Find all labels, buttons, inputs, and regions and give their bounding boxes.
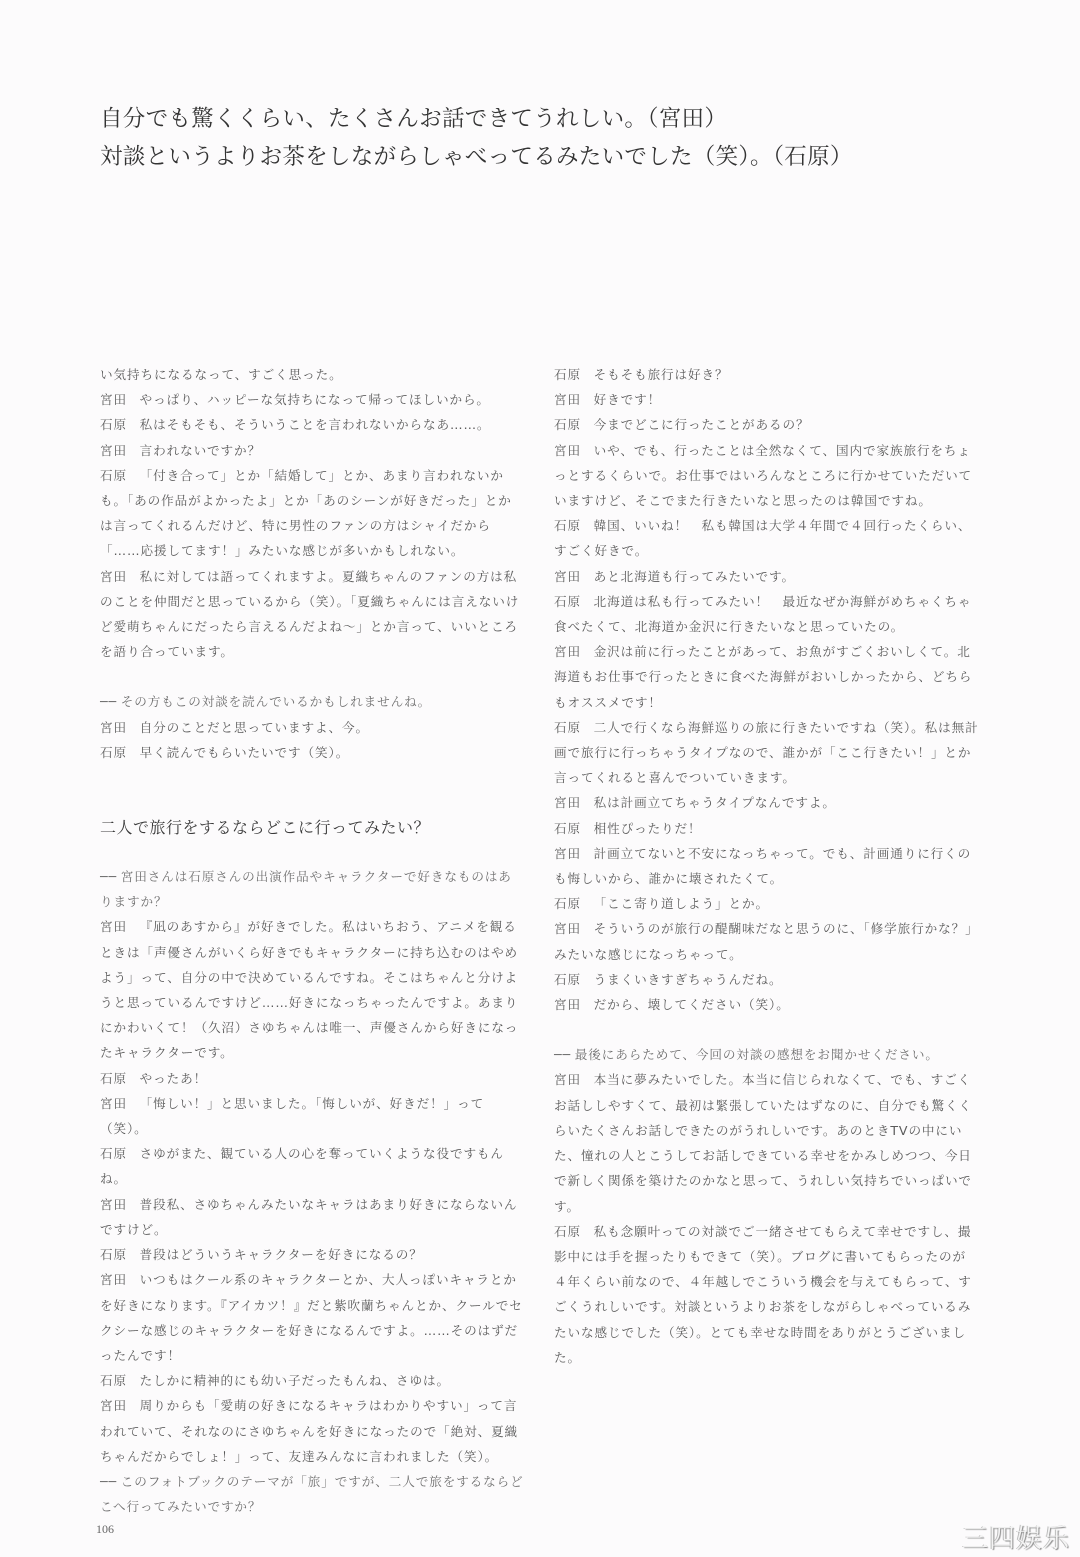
- speaker-name: 石原: [100, 1373, 127, 1388]
- dialogue-text: 計画立てないと不安になっちゃって。でも、計画通りに行くのも悔しいから、誰かに壊さ…: [554, 846, 971, 886]
- speaker-name: ──: [100, 869, 117, 884]
- dialogue-line: 石原二人で行くなら海鮮巡りの旅に行きたいですね（笑）。私は無計画で旅行に行っちゃ…: [554, 715, 979, 791]
- speaker-name: 石原: [554, 720, 581, 735]
- speaker-name: 石原: [100, 468, 127, 483]
- speaker-name: 宮田: [554, 997, 581, 1012]
- dialogue-text: 金沢は前に行ったことがあって、お魚がすごくおいしくて。北海道もお仕事で行ったとき…: [554, 644, 972, 709]
- dialogue-line: 石原「ここ寄り道しよう」とか。: [554, 891, 979, 916]
- speaker-name: 宮田: [100, 1096, 127, 1111]
- speaker-name: 宮田: [554, 795, 581, 810]
- speaker-name: 宮田: [100, 1398, 127, 1413]
- speaker-name: 宮田: [100, 720, 127, 735]
- right-column: 石原そもそも旅行は好き？宮田好きです！石原今までどこに行ったことがあるの？宮田い…: [554, 362, 979, 1370]
- dialogue-line: 宮田自分のことだと思っていますよ、今。: [100, 715, 525, 740]
- dialogue-line: 石原相性ぴったりだ！: [554, 816, 979, 841]
- speaker-name: 宮田: [554, 846, 581, 861]
- dialogue-text: 相性ぴったりだ！: [594, 821, 702, 836]
- speaker-name: 石原: [554, 518, 581, 533]
- dialogue-line: 宮田あと北海道も行ってみたいです。: [554, 564, 979, 589]
- dialogue-text: い気持ちになるなって、すごく思った。: [100, 367, 343, 382]
- speaker-name: 宮田: [554, 443, 581, 458]
- speaker-name: 石原: [554, 594, 581, 609]
- dialogue-line: 宮田いつもはクール系のキャラクターとか、大人っぽいキャラとかを好きになります。『…: [100, 1267, 525, 1368]
- dialogue-text: 好きです！: [594, 392, 661, 407]
- dialogue-text: 北海道は私も行ってみたい！ 最近なぜか海鮮がめちゃくちゃ食べたくて、北海道か金沢…: [554, 594, 971, 634]
- speaker-name: 石原: [100, 1247, 127, 1262]
- section-title: 二人で旅行をするならどこに行ってみたい？: [100, 815, 525, 840]
- left-blocks-before: い気持ちになるなって、すごく思った。宮田やっぱり、ハッピーな気持ちになって帰って…: [100, 362, 525, 664]
- dialogue-text: 「ここ寄り道しよう」とか。: [594, 896, 769, 911]
- speaker-name: 宮田: [100, 569, 127, 584]
- dialogue-text: 早く読んでもらいたいです（笑）。: [140, 745, 350, 760]
- dialogue-line: 宮田私は計画立てちゃうタイプなんですよ。: [554, 790, 979, 815]
- speaker-name: 石原: [100, 745, 127, 760]
- dialogue-line: 石原「付き合って」とか「結婚して」とか、あまり言われないかも。「あの作品がよかっ…: [100, 463, 525, 564]
- left-blocks-mid: ──その方もこの対談を読んでいるかもしれませんね。宮田自分のことだと思っています…: [100, 689, 525, 765]
- dialogue-text: 「悔しい！」と思いました。「悔しいが、好きだ！」って（笑）。: [100, 1096, 484, 1136]
- headline-line-2: 対談というよりお茶をしながらしゃべってるみたいでした（笑）。（石原）: [100, 138, 960, 176]
- dialogue-text: 二人で行くなら海鮮巡りの旅に行きたいですね（笑）。私は無計画で旅行に行っちゃうタ…: [554, 720, 979, 785]
- dialogue-line: 石原やったあ！: [100, 1066, 525, 1091]
- dialogue-text: 韓国、いいね！ 私も韓国は大学４年間で４回行ったくらい、すごく好きで。: [554, 518, 971, 558]
- speaker-name: ──: [554, 1047, 571, 1062]
- dialogue-text: 『凪のあすから』が好きでした。私はいちおう、アニメを観るときは「声優さんがいくら…: [100, 919, 518, 1060]
- dialogue-line: 宮田そういうのが旅行の醍醐味だなと思うのに、「修学旅行かな？」みたいな感じになっ…: [554, 916, 979, 966]
- speaker-name: 石原: [554, 1224, 581, 1239]
- speaker-name: 石原: [554, 821, 581, 836]
- dialogue-text: このフォトブックのテーマが「旅」ですが、二人で旅をするならどこへ行ってみたいです…: [100, 1474, 524, 1514]
- dialogue-line: 宮田『凪のあすから』が好きでした。私はいちおう、アニメを観るときは「声優さんがい…: [100, 914, 525, 1065]
- dialogue-line: 宮田金沢は前に行ったことがあって、お魚がすごくおいしくて。北海道もお仕事で行った…: [554, 639, 979, 715]
- speaker-name: 石原: [100, 1146, 127, 1161]
- dialogue-line: 石原北海道は私も行ってみたい！ 最近なぜか海鮮がめちゃくちゃ食べたくて、北海道か…: [554, 589, 979, 639]
- left-column: い気持ちになるなって、すごく思った。宮田やっぱり、ハッピーな気持ちになって帰って…: [100, 362, 525, 1519]
- speaker-name: 宮田: [100, 1197, 127, 1212]
- speaker-name: 宮田: [554, 644, 581, 659]
- dialogue-text: 私は計画立てちゃうタイプなんですよ。: [594, 795, 836, 810]
- dialogue-text: 私に対しては語ってくれますよ。夏織ちゃんのファンの方は私のことを仲間だと思ってい…: [100, 569, 519, 660]
- speaker-name: 宮田: [100, 919, 127, 934]
- speaker-name: ──: [100, 694, 117, 709]
- speaker-name: 石原: [554, 417, 581, 432]
- dialogue-line: 石原うまくいきすぎちゃうんだね。: [554, 967, 979, 992]
- dialogue-text: 宮田さんは石原さんの出演作品やキャラクターで好きなものはありますか？: [100, 869, 512, 909]
- right-blocks-after: ──最後にあらためて、今回の対談の感想をお聞かせください。宮田本当に夢みたいでし…: [554, 1042, 979, 1370]
- dialogue-text: そもそも旅行は好き？: [594, 367, 729, 382]
- left-blocks-after: ──宮田さんは石原さんの出演作品やキャラクターで好きなものはありますか？宮田『凪…: [100, 864, 525, 1519]
- dialogue-text: 最後にあらためて、今回の対談の感想をお聞かせください。: [575, 1047, 939, 1062]
- dialogue-line: 宮田言われないですか？: [100, 438, 525, 463]
- watermark: 三四娱乐: [962, 1518, 1070, 1555]
- dialogue-text: たしかに精神的にも幼い子だったもんね、さゆは。: [140, 1373, 450, 1388]
- dialogue-line: 石原さゆがまた、観ている人の心を奪っていくような役ですもんね。: [100, 1141, 525, 1191]
- dialogue-line: い気持ちになるなって、すごく思った。: [100, 362, 525, 387]
- interviewer-question: ──宮田さんは石原さんの出演作品やキャラクターで好きなものはありますか？: [100, 864, 525, 914]
- speaker-name: 宮田: [554, 921, 581, 936]
- dialogue-text: さゆがまた、観ている人の心を奪っていくような役ですもんね。: [100, 1146, 504, 1186]
- speaker-name: 宮田: [100, 443, 127, 458]
- dialogue-text: そういうのが旅行の醍醐味だなと思うのに、「修学旅行かな？」みたいな感じになっちゃ…: [554, 921, 979, 961]
- dialogue-text: 今までどこに行ったことがあるの？: [594, 417, 810, 432]
- dialogue-text: 言われないですか？: [140, 443, 261, 458]
- speaker-name: 宮田: [554, 569, 581, 584]
- dialogue-text: 普段私、さゆちゃんみたいなキャラはあまり好きにならないんですけど。: [100, 1197, 517, 1237]
- dialogue-line: 石原私はそもそも、そういうことを言われないからなあ……。: [100, 412, 525, 437]
- speaker-name: ──: [100, 1474, 117, 1489]
- dialogue-text: やったあ！: [140, 1071, 207, 1086]
- speaker-name: 石原: [554, 367, 581, 382]
- speaker-name: 石原: [100, 1071, 127, 1086]
- dialogue-line: 宮田だから、壊してください（笑）。: [554, 992, 979, 1017]
- dialogue-text: 自分のことだと思っていますよ、今。: [140, 720, 369, 735]
- dialogue-text: 「付き合って」とか「結婚して」とか、あまり言われないかも。「あの作品がよかったよ…: [100, 468, 512, 559]
- dialogue-text: 本当に夢みたいでした。本当に信じられなくて、でも、すごくお話ししやすくて、最初は…: [554, 1072, 972, 1213]
- dialogue-line: 宮田「悔しい！」と思いました。「悔しいが、好きだ！」って（笑）。: [100, 1091, 525, 1141]
- dialogue-line: 石原そもそも旅行は好き？: [554, 362, 979, 387]
- dialogue-text: だから、壊してください（笑）。: [594, 997, 790, 1012]
- dialogue-text: 私も念願叶っての対談でご一緒させてもらえて幸せですし、撮影中には手を握ったりもで…: [554, 1224, 972, 1365]
- dialogue-line: 石原早く読んでもらいたいです（笑）。: [100, 740, 525, 765]
- page-number: 106: [96, 1522, 114, 1537]
- dialogue-line: 宮田やっぱり、ハッピーな気持ちになって帰ってほしいから。: [100, 387, 525, 412]
- speaker-name: 石原: [554, 972, 581, 987]
- dialogue-line: 宮田普段私、さゆちゃんみたいなキャラはあまり好きにならないんですけど。: [100, 1192, 525, 1242]
- dialogue-text: 周りからも「愛萌の好きになるキャラはわかりやすい」って言われていて、それなのにさ…: [100, 1398, 518, 1463]
- speaker-name: 石原: [100, 417, 127, 432]
- dialogue-line: 宮田私に対しては語ってくれますよ。夏織ちゃんのファンの方は私のことを仲間だと思っ…: [100, 564, 525, 665]
- interviewer-question: ──その方もこの対談を読んでいるかもしれませんね。: [100, 689, 525, 714]
- speaker-name: 宮田: [554, 1072, 581, 1087]
- dialogue-line: 宮田いや、でも、行ったことは全然なくて、国内で家族旅行をちょっとするくらいで。お…: [554, 438, 979, 514]
- speaker-name: 宮田: [100, 392, 127, 407]
- dialogue-line: 石原今までどこに行ったことがあるの？: [554, 412, 979, 437]
- speaker-name: 石原: [554, 896, 581, 911]
- dialogue-line: 宮田本当に夢みたいでした。本当に信じられなくて、でも、すごくお話ししやすくて、最…: [554, 1067, 979, 1218]
- dialogue-line: 石原たしかに精神的にも幼い子だったもんね、さゆは。: [100, 1368, 525, 1393]
- speaker-name: 宮田: [100, 1272, 127, 1287]
- dialogue-text: いつもはクール系のキャラクターとか、大人っぽいキャラとかを好きになります。『アイ…: [100, 1272, 523, 1363]
- dialogue-line: 宮田周りからも「愛萌の好きになるキャラはわかりやすい」って言われていて、それなの…: [100, 1393, 525, 1469]
- speaker-name: 宮田: [554, 392, 581, 407]
- dialogue-text: 私はそもそも、そういうことを言われないからなあ……。: [140, 417, 491, 432]
- dialogue-line: 宮田計画立てないと不安になっちゃって。でも、計画通りに行くのも悔しいから、誰かに…: [554, 841, 979, 891]
- right-blocks-before: 石原そもそも旅行は好き？宮田好きです！石原今までどこに行ったことがあるの？宮田い…: [554, 362, 979, 1017]
- dialogue-text: いや、でも、行ったことは全然なくて、国内で家族旅行をちょっとするくらいで。お仕事…: [554, 443, 972, 508]
- dialogue-line: 石原韓国、いいね！ 私も韓国は大学４年間で４回行ったくらい、すごく好きで。: [554, 513, 979, 563]
- dialogue-text: 普段はどういうキャラクターを好きになるの？: [140, 1247, 423, 1262]
- interviewer-question: ──最後にあらためて、今回の対談の感想をお聞かせください。: [554, 1042, 979, 1067]
- dialogue-line: 石原私も念願叶っての対談でご一緒させてもらえて幸せですし、撮影中には手を握ったり…: [554, 1219, 979, 1370]
- dialogue-text: うまくいきすぎちゃうんだね。: [594, 972, 783, 987]
- dialogue-text: あと北海道も行ってみたいです。: [594, 569, 795, 584]
- dialogue-text: その方もこの対談を読んでいるかもしれませんね。: [121, 694, 431, 709]
- dialogue-text: やっぱり、ハッピーな気持ちになって帰ってほしいから。: [140, 392, 490, 407]
- dialogue-line: 石原普段はどういうキャラクターを好きになるの？: [100, 1242, 525, 1267]
- headline-line-1: 自分でも驚くくらい、たくさんお話できてうれしい。（宮田）: [100, 100, 960, 138]
- headline: 自分でも驚くくらい、たくさんお話できてうれしい。（宮田） 対談というよりお茶をし…: [100, 100, 960, 176]
- dialogue-line: 宮田好きです！: [554, 387, 979, 412]
- interviewer-question: ──このフォトブックのテーマが「旅」ですが、二人で旅をするならどこへ行ってみたい…: [100, 1469, 525, 1519]
